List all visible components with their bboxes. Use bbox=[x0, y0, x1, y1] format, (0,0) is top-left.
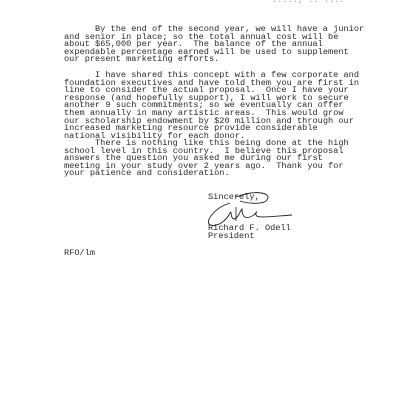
letter-page: ....., .. .... By the end of the second … bbox=[0, 0, 400, 400]
paragraph-3: There is nothing like this being done at… bbox=[64, 140, 364, 178]
paragraph-line: your patience and consideration. bbox=[64, 170, 364, 178]
paragraph-line: our present marketing efforts. bbox=[64, 56, 364, 64]
paragraph-1: By the end of the second year, we will h… bbox=[64, 26, 364, 64]
reference-initials: RFO/lm bbox=[64, 250, 95, 258]
signer-title: President bbox=[208, 233, 255, 241]
letter-date-fragment: ....., .. .... bbox=[272, 0, 344, 5]
paragraph-2: I have shared this concept with a few co… bbox=[64, 72, 364, 140]
